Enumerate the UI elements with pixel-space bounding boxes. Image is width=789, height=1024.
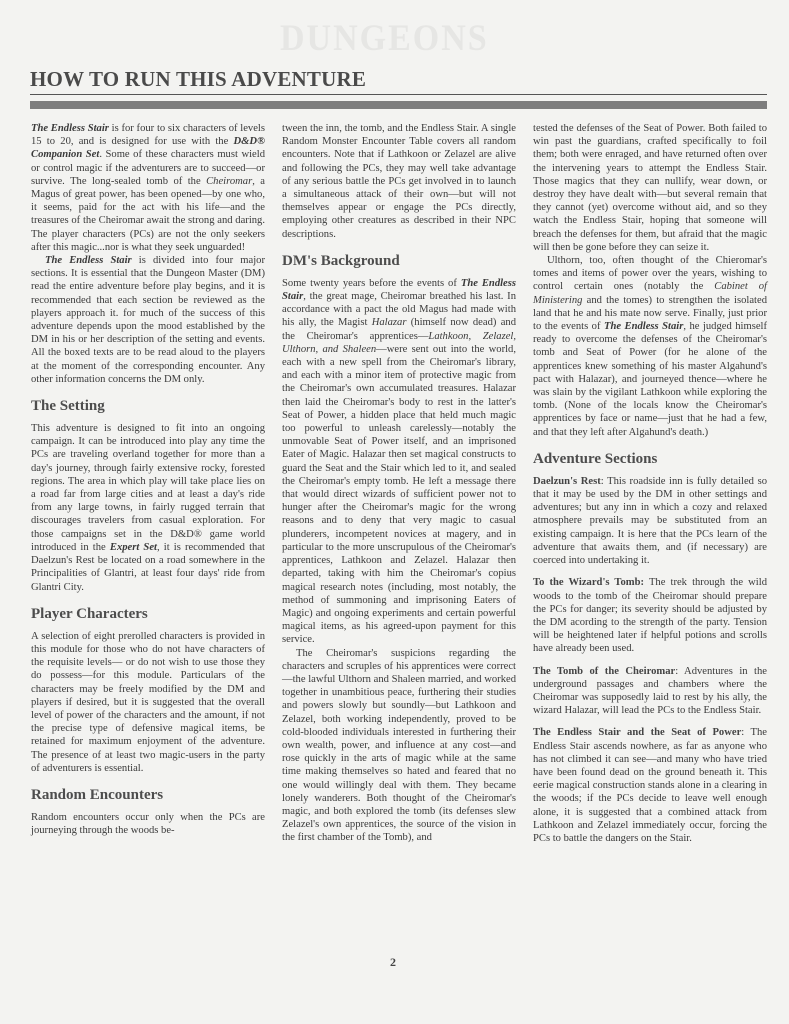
heading-random-encounters: Random Encounters (31, 786, 265, 804)
heading-player-characters: Player Characters (31, 605, 265, 623)
title-reference: The Endless Stair (45, 255, 132, 266)
intro-paragraph-2: The Endless Stair is divided into four m… (31, 254, 265, 386)
random-encounters-paragraph: Random encounters occur only when the PC… (31, 811, 265, 837)
section-item-endless-stair: The Endless Stair and the Seat of Power:… (533, 726, 767, 845)
section-lead: Daelzun's Rest (533, 476, 601, 487)
random-encounters-continued: tween the inn, the tomb, and the Endless… (282, 122, 516, 241)
text-run: : This roadside inn is fully detailed so… (533, 476, 767, 566)
text-run: : The Endless Stair ascends nowhere, as … (533, 727, 767, 844)
text-run: —were sent out into the world, each with… (282, 344, 516, 645)
column-2: tween the inn, the tomb, and the Endless… (282, 122, 516, 854)
heading-the-setting: The Setting (31, 397, 265, 415)
column-1: The Endless Stair is for four to six cha… (31, 122, 265, 854)
intro-paragraph-1: The Endless Stair is for four to six cha… (31, 122, 265, 254)
name-reference: Halazar (372, 317, 407, 328)
text-run: , he judged himself ready to overcome th… (533, 321, 767, 438)
background-watermark-logo: DUNGEONS (280, 18, 489, 60)
text-run: The trek through the wild woods to the t… (533, 577, 767, 654)
title-reference: The Endless Stair (604, 321, 683, 332)
section-lead: The Tomb of the Cheiromar (533, 666, 675, 677)
background-continued: tested the defenses of the Seat of Power… (533, 122, 767, 254)
heading-dms-background: DM's Background (282, 252, 516, 270)
section-item-daelzuns-rest: Daelzun's Rest: This roadside inn is ful… (533, 475, 767, 567)
text-run: This adventure is designed to fit into a… (31, 423, 265, 553)
three-column-body: The Endless Stair is for four to six cha… (31, 122, 767, 854)
page-header: HOW TO RUN THIS ADVENTURE (30, 66, 767, 109)
text-run: Some twenty years before the events of (282, 278, 461, 289)
section-lead: The Endless Stair and the Seat of Power (533, 727, 741, 738)
background-paragraph-1: Some twenty years before the events of T… (282, 277, 516, 647)
text-run: is divided into four major sections. It … (31, 255, 265, 385)
title-reference: The Endless Stair (31, 123, 109, 134)
product-reference: Expert Set (110, 542, 157, 553)
page-number: 2 (390, 955, 396, 970)
adventure-sections-list: Daelzun's Rest: This roadside inn is ful… (533, 475, 767, 845)
page-title: HOW TO RUN THIS ADVENTURE (30, 66, 767, 92)
section-item-tomb-of-cheiromar: The Tomb of the Cheiromar: Adventures in… (533, 665, 767, 718)
title-underline (30, 94, 767, 95)
section-item-wizards-tomb: To the Wizard's Tomb: The trek through t… (533, 576, 767, 655)
heading-adventure-sections: Adventure Sections (533, 450, 767, 468)
setting-paragraph: This adventure is designed to fit into a… (31, 422, 265, 594)
background-paragraph-2: The Cheiromar's suspicions regarding the… (282, 647, 516, 845)
text-run: , a Magus of great power, has been opene… (31, 176, 265, 253)
name-reference: Cheiromar (206, 176, 252, 187)
title-divider-bar (30, 101, 767, 109)
ulthorn-paragraph: Ulthorn, too, often thought of the Chier… (533, 254, 767, 439)
column-3: tested the defenses of the Seat of Power… (533, 122, 767, 854)
player-characters-paragraph: A selection of eight prerolled character… (31, 630, 265, 775)
section-lead: To the Wizard's Tomb: (533, 577, 644, 588)
